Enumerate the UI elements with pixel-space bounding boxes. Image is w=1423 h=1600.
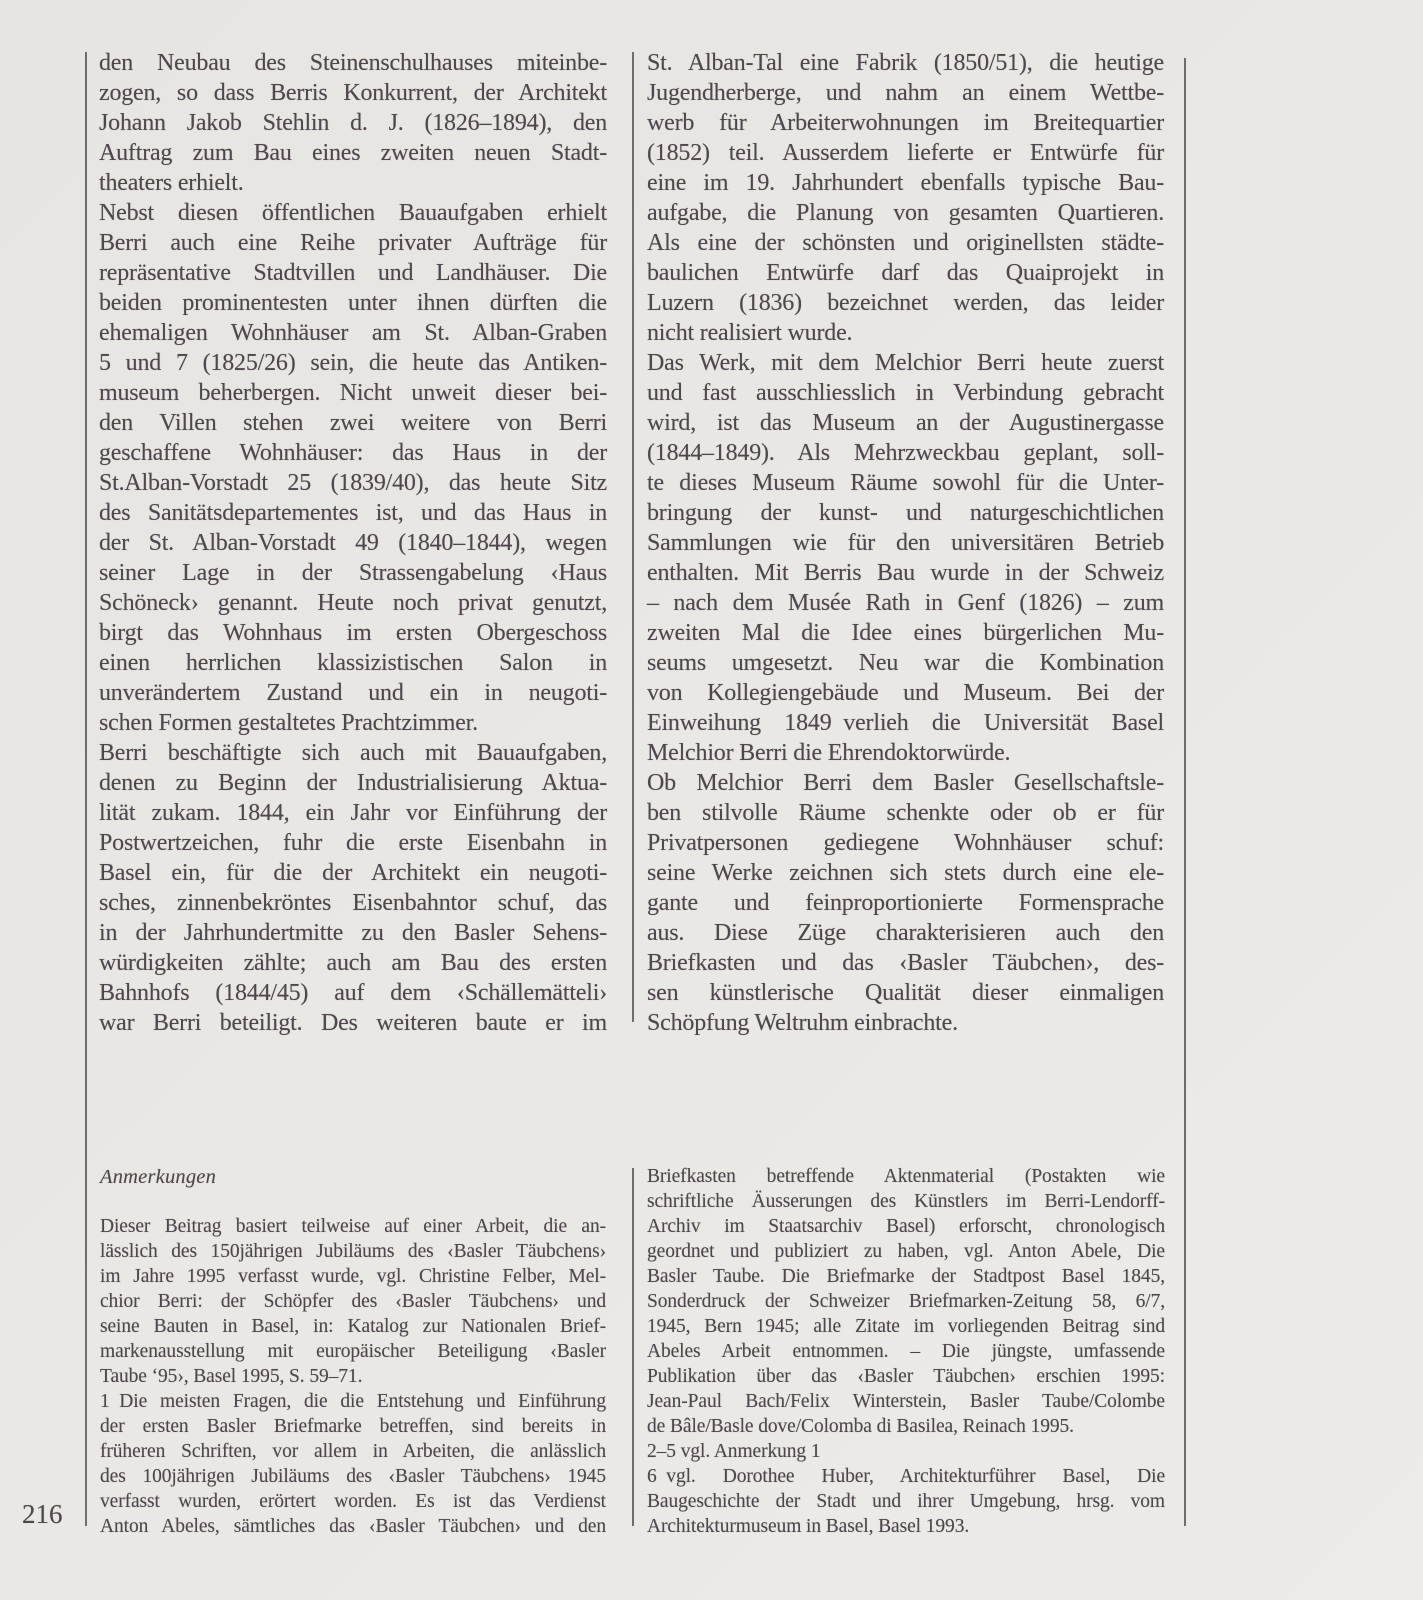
text-line: geordnet und publiziert zu haben, vgl. A…: [647, 1239, 1165, 1264]
text-line: Anton Abeles, sämtliches das ‹Basler Täu…: [100, 1514, 606, 1539]
main-text-right-column: St. Alban-Tal eine Fabrik (1850/51), die…: [647, 48, 1164, 1038]
text-line: Jugendherberge, und nahm an einem Wettbe…: [647, 78, 1164, 108]
text-line: ben stilvolle Räume schenkte oder ob er …: [647, 798, 1164, 828]
footnotes-left-column: Dieser Beitrag basiert teilweise auf ein…: [100, 1214, 606, 1539]
paragraph: Dieser Beitrag basiert teilweise auf ein…: [100, 1214, 606, 1389]
text-line: den Villen stehen zwei weitere von Berri: [99, 408, 607, 438]
text-line: Johann Jakob Stehlin d. J. (1826–1894), …: [99, 108, 607, 138]
text-line: beiden prominentesten unter ihnen dürfte…: [99, 288, 607, 318]
paragraph: 2–5 vgl. Anmerkung 1: [647, 1439, 1165, 1464]
text-line: St.Alban-Vorstadt 25 (1839/40), das heut…: [99, 468, 607, 498]
text-line: Baugeschichte der Stadt und ihrer Umgebu…: [647, 1489, 1165, 1514]
text-line: bringung der kunst- und naturgeschichtli…: [647, 498, 1164, 528]
text-line: theaters erhielt.: [99, 168, 607, 198]
text-line: schen Formen gestaltetes Prachtzimmer.: [99, 708, 607, 738]
paragraph: den Neubau des Steinenschulhauses mitein…: [99, 48, 607, 198]
text-line: seine Werke zeichnen sich stets durch ei…: [647, 858, 1164, 888]
column-divider-top: [632, 52, 634, 1022]
text-line: Berri auch eine Reihe privater Aufträge …: [99, 228, 607, 258]
text-line: Schöpfung Weltruhm einbrachte.: [647, 1008, 1164, 1038]
text-line: Abeles Arbeit entnommen. – Die jüngste, …: [647, 1339, 1165, 1364]
text-line: denen zu Beginn der Industrialisierung A…: [99, 768, 607, 798]
text-line: 1 Die meisten Fragen, die die Entstehung…: [100, 1389, 606, 1414]
text-line: Einweihung 1849 verlieh die Universität …: [647, 708, 1164, 738]
text-line: enthalten. Mit Berris Bau wurde in der S…: [647, 558, 1164, 588]
text-line: Das Werk, mit dem Melchior Berri heute z…: [647, 348, 1164, 378]
text-line: zweiten Mal die Idee eines bürgerlichen …: [647, 618, 1164, 648]
main-text-left-column: den Neubau des Steinenschulhauses mitein…: [99, 48, 607, 1038]
text-line: eine im 19. Jahrhundert ebenfalls typisc…: [647, 168, 1164, 198]
text-line: Briefkasten betreffende Aktenmaterial (P…: [647, 1164, 1165, 1189]
text-line: früheren Schriften, vor allem in Arbeite…: [100, 1439, 606, 1464]
paragraph: Ob Melchior Berri dem Basler Gesellschaf…: [647, 768, 1164, 1038]
text-line: Ob Melchior Berri dem Basler Gesellschaf…: [647, 768, 1164, 798]
text-line: museum beherbergen. Nicht unweit dieser …: [99, 378, 607, 408]
text-line: im Jahre 1995 verfasst wurde, vgl. Chris…: [100, 1264, 606, 1289]
text-line: Jean-Paul Bach/Felix Winterstein, Basler…: [647, 1389, 1165, 1414]
paragraph: Das Werk, mit dem Melchior Berri heute z…: [647, 348, 1164, 768]
text-line: und fast ausschliesslich in Verbindung g…: [647, 378, 1164, 408]
text-line: Berri beschäftigte sich auch mit Bauaufg…: [99, 738, 607, 768]
text-line: verfasst wurden, erörtert worden. Es ist…: [100, 1489, 606, 1514]
text-line: 5 und 7 (1825/26) sein, die heute das An…: [99, 348, 607, 378]
left-margin-rule: [85, 52, 87, 1526]
text-line: (1844–1849). Als Mehrzweckbau geplant, s…: [647, 438, 1164, 468]
text-line: Archiv im Staatsarchiv Basel) erforscht,…: [647, 1214, 1165, 1239]
page-scan: den Neubau des Steinenschulhauses mitein…: [0, 0, 1423, 1600]
text-line: seiner Lage in der Strassengabelung ‹Hau…: [99, 558, 607, 588]
paragraph: Nebst diesen öffentlichen Bauaufgaben er…: [99, 198, 607, 738]
paragraph: Berri beschäftigte sich auch mit Bauaufg…: [99, 738, 607, 1038]
text-line: Schöneck› genannt. Heute noch privat gen…: [99, 588, 607, 618]
text-line: Melchior Berri die Ehrendoktorwürde.: [647, 738, 1164, 768]
text-line: Basler Taube. Die Briefmarke der Stadtpo…: [647, 1264, 1165, 1289]
text-line: zogen, so dass Berris Konkurrent, der Ar…: [99, 78, 607, 108]
text-line: nicht realisiert wurde.: [647, 318, 1164, 348]
text-line: birgt das Wohnhaus im ersten Obergeschos…: [99, 618, 607, 648]
text-line: de Bâle/Basle dove/Colomba di Basilea, R…: [647, 1414, 1165, 1439]
page-number: 216: [22, 1499, 63, 1530]
text-line: te dieses Museum Räume sowohl für die Un…: [647, 468, 1164, 498]
text-line: Privatpersonen gediegene Wohnhäuser schu…: [647, 828, 1164, 858]
text-line: sches, zinnenbekröntes Eisenbahntor schu…: [99, 888, 607, 918]
text-line: des Sanitätsdepartementes ist, und das H…: [99, 498, 607, 528]
text-line: lität zukam. 1844, ein Jahr vor Einführu…: [99, 798, 607, 828]
text-line: Taube ‘95›, Basel 1995, S. 59–71.: [100, 1364, 606, 1389]
text-line: Nebst diesen öffentlichen Bauaufgaben er…: [99, 198, 607, 228]
text-line: unverändertem Zustand und ein in neugoti…: [99, 678, 607, 708]
text-line: einen herrlichen klassizistischen Salon …: [99, 648, 607, 678]
right-margin-rule: [1184, 58, 1186, 1526]
text-line: Luzern (1836) bezeichnet werden, das lei…: [647, 288, 1164, 318]
paragraph: 1 Die meisten Fragen, die die Entstehung…: [100, 1389, 606, 1539]
text-line: wird, ist das Museum an der Augustinerga…: [647, 408, 1164, 438]
text-line: repräsentative Stadtvillen und Landhäuse…: [99, 258, 607, 288]
text-line: werb für Arbeiterwohnungen im Breitequar…: [647, 108, 1164, 138]
text-line: 6 vgl. Dorothee Huber, Architekturführer…: [647, 1464, 1165, 1489]
text-line: (1852) teil. Ausserdem lieferte er Entwü…: [647, 138, 1164, 168]
text-line: Dieser Beitrag basiert teilweise auf ein…: [100, 1214, 606, 1239]
text-line: seine Bauten in Basel, in: Katalog zur N…: [100, 1314, 606, 1339]
text-line: Architekturmuseum in Basel, Basel 1993.: [647, 1514, 1165, 1539]
text-line: baulichen Entwürfe darf das Quaiprojekt …: [647, 258, 1164, 288]
text-line: war Berri beteiligt. Des weiteren baute …: [99, 1008, 607, 1038]
text-line: aus. Diese Züge charakterisieren auch de…: [647, 918, 1164, 948]
text-line: Publikation über das ‹Basler Täubchen› e…: [647, 1364, 1165, 1389]
text-line: schriftliche Äusserungen des Künstlers i…: [647, 1189, 1165, 1214]
column-divider-bottom: [632, 1168, 634, 1526]
text-line: chior Berri: der Schöpfer des ‹Basler Tä…: [100, 1289, 606, 1314]
text-line: aufgabe, die Planung von gesamten Quarti…: [647, 198, 1164, 228]
text-line: würdigkeiten zählte; auch am Bau des ers…: [99, 948, 607, 978]
footnotes-right-column: Briefkasten betreffende Aktenmaterial (P…: [647, 1164, 1165, 1539]
text-line: St. Alban-Tal eine Fabrik (1850/51), die…: [647, 48, 1164, 78]
text-line: des 100jährigen Jubiläums des ‹Basler Tä…: [100, 1464, 606, 1489]
text-line: von Kollegiengebäude und Museum. Bei der: [647, 678, 1164, 708]
text-line: lässlich des 150jährigen Jubiläums des ‹…: [100, 1239, 606, 1264]
text-line: Als eine der schönsten und originellsten…: [647, 228, 1164, 258]
text-line: geschaffene Wohnhäuser: das Haus in der: [99, 438, 607, 468]
text-line: Sammlungen wie für den universitären Bet…: [647, 528, 1164, 558]
footnotes-heading: Anmerkungen: [100, 1166, 216, 1189]
paragraph: St. Alban-Tal eine Fabrik (1850/51), die…: [647, 48, 1164, 348]
text-line: in der Jahrhundertmitte zu den Basler Se…: [99, 918, 607, 948]
text-line: 1945, Bern 1945; alle Zitate im vorliege…: [647, 1314, 1165, 1339]
text-line: Auftrag zum Bau eines zweiten neuen Stad…: [99, 138, 607, 168]
text-line: den Neubau des Steinenschulhauses mitein…: [99, 48, 607, 78]
text-line: seums umgesetzt. Neu war die Kombination: [647, 648, 1164, 678]
text-line: Basel ein, für die der Architekt ein neu…: [99, 858, 607, 888]
text-line: 2–5 vgl. Anmerkung 1: [647, 1439, 1165, 1464]
text-line: gante und feinproportionierte Formenspra…: [647, 888, 1164, 918]
text-line: – nach dem Musée Rath in Genf (1826) – z…: [647, 588, 1164, 618]
paragraph: 6 vgl. Dorothee Huber, Architekturführer…: [647, 1464, 1165, 1539]
text-line: ehemaligen Wohnhäuser am St. Alban-Grabe…: [99, 318, 607, 348]
text-line: sen künstlerische Qualität dieser einmal…: [647, 978, 1164, 1008]
text-line: Bahnhofs (1844/45) auf dem ‹Schällemätte…: [99, 978, 607, 1008]
text-line: Briefkasten und das ‹Basler Täubchen›, d…: [647, 948, 1164, 978]
text-line: der ersten Basler Briefmarke betreffen, …: [100, 1414, 606, 1439]
paragraph: Briefkasten betreffende Aktenmaterial (P…: [647, 1164, 1165, 1439]
text-line: Sonderdruck der Schweizer Briefmarken-Ze…: [647, 1289, 1165, 1314]
text-line: Postwertzeichen, fuhr die erste Eisenbah…: [99, 828, 607, 858]
text-line: der St. Alban-Vorstadt 49 (1840–1844), w…: [99, 528, 607, 558]
text-line: markenausstellung mit europäischer Betei…: [100, 1339, 606, 1364]
